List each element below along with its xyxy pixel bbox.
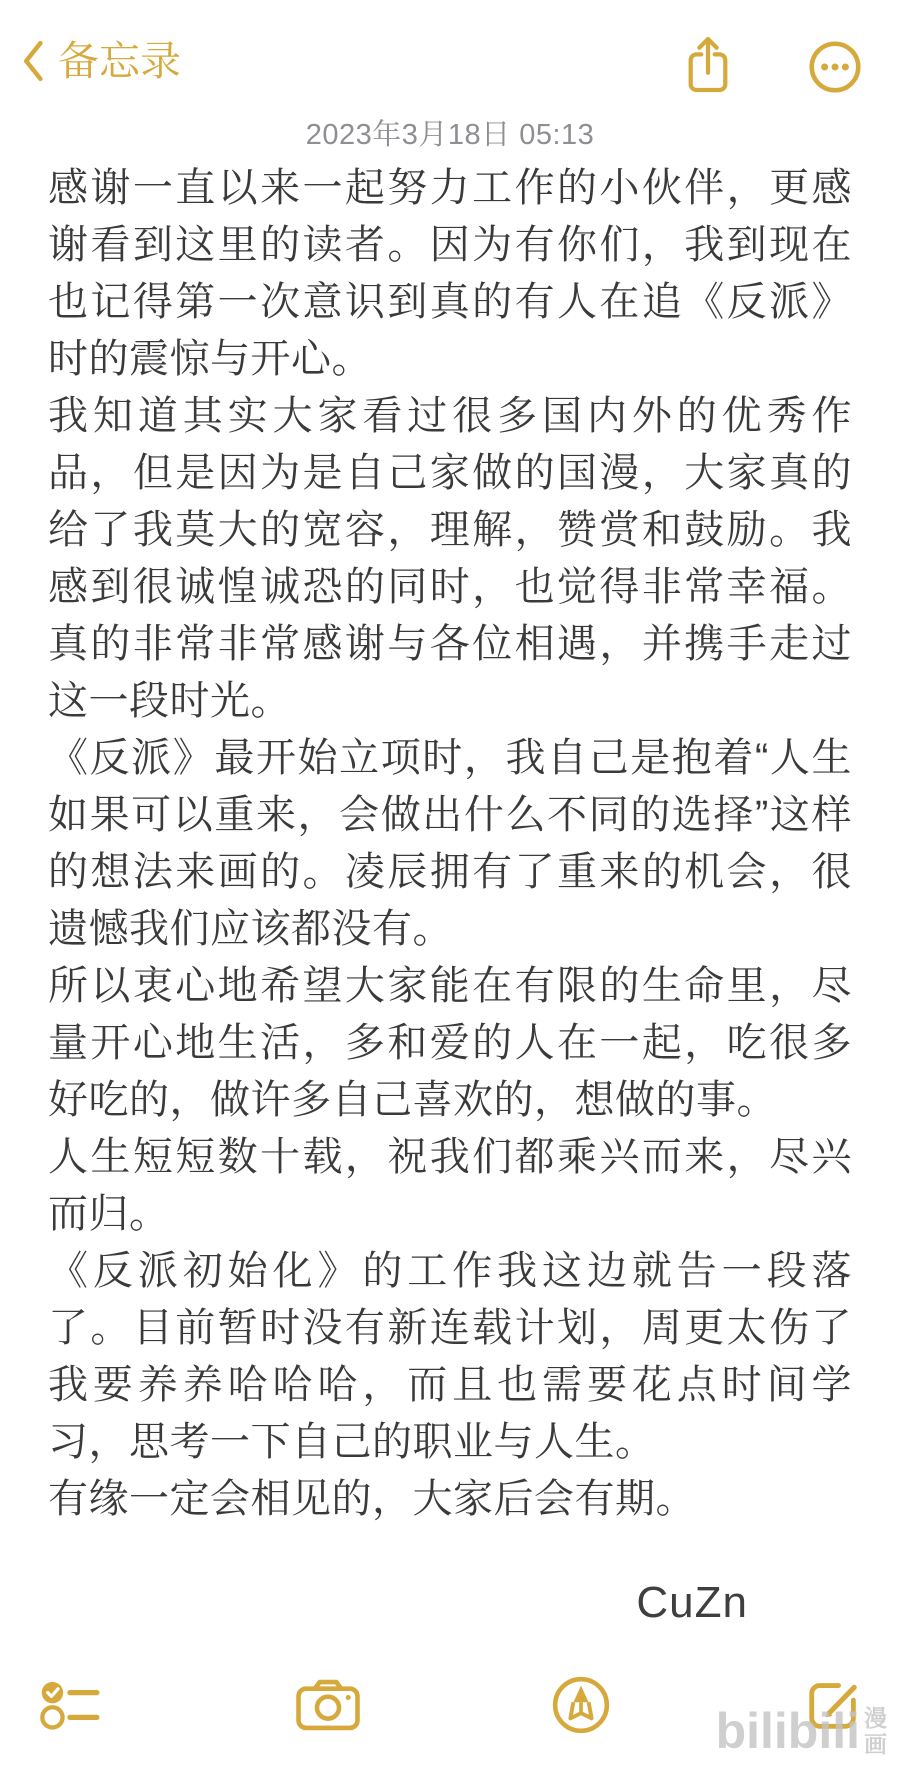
note-paragraph: 《反派》最开始立项时，我自己是抱着“人生如果可以重来，会做出什么不同的选择”这样… xyxy=(48,730,852,958)
note-paragraph: 《反派初始化》的工作我这边就告一段落了。目前暂时没有新连载计划，周更太伤了我要养… xyxy=(48,1243,852,1471)
back-button[interactable]: 备忘录 xyxy=(20,40,181,82)
camera-icon xyxy=(295,1678,361,1732)
checklist-icon xyxy=(38,1677,104,1733)
checklist-button[interactable] xyxy=(38,1677,104,1733)
note-signature: CuZn xyxy=(0,1578,900,1628)
note-content[interactable]: 感谢一直以来一起努力工作的小伙伴，更感谢看到这里的读者。因为有你们，我到现在也记… xyxy=(0,160,900,1528)
note-paragraph: 我知道其实大家看过很多国内外的优秀作品，但是因为是自己家做的国漫，大家真的给了我… xyxy=(48,388,852,730)
note-paragraph: 人生短短数十载，祝我们都乘兴而来，尽兴而归。 xyxy=(48,1129,852,1243)
camera-button[interactable] xyxy=(295,1678,361,1732)
ellipsis-circle-icon xyxy=(808,40,862,94)
share-icon xyxy=(683,33,733,97)
chevron-left-icon xyxy=(20,40,46,82)
markup-button[interactable] xyxy=(551,1675,611,1735)
back-button-label: 备忘录 xyxy=(58,41,181,82)
nav-bar: 备忘录 xyxy=(0,0,900,110)
note-date: 2023年3月18日 05:13 xyxy=(0,112,900,153)
share-button[interactable] xyxy=(683,33,733,97)
markup-pen-icon xyxy=(551,1675,611,1735)
note-paragraph: 有缘一定会相见的，大家后会有期。 xyxy=(48,1471,852,1528)
notes-app-screen: 备忘录 2023年3月18日 05:13 xyxy=(0,0,900,1778)
compose-button[interactable] xyxy=(802,1674,864,1736)
bottom-toolbar xyxy=(0,1660,900,1778)
note-paragraph: 所以衷心地希望大家能在有限的生命里，尽量开心地生活，多和爱的人在一起，吃很多好吃… xyxy=(48,958,852,1129)
note-paragraph: 感谢一直以来一起努力工作的小伙伴，更感谢看到这里的读者。因为有你们，我到现在也记… xyxy=(48,160,852,388)
more-button[interactable] xyxy=(808,40,862,94)
compose-icon xyxy=(802,1674,864,1736)
